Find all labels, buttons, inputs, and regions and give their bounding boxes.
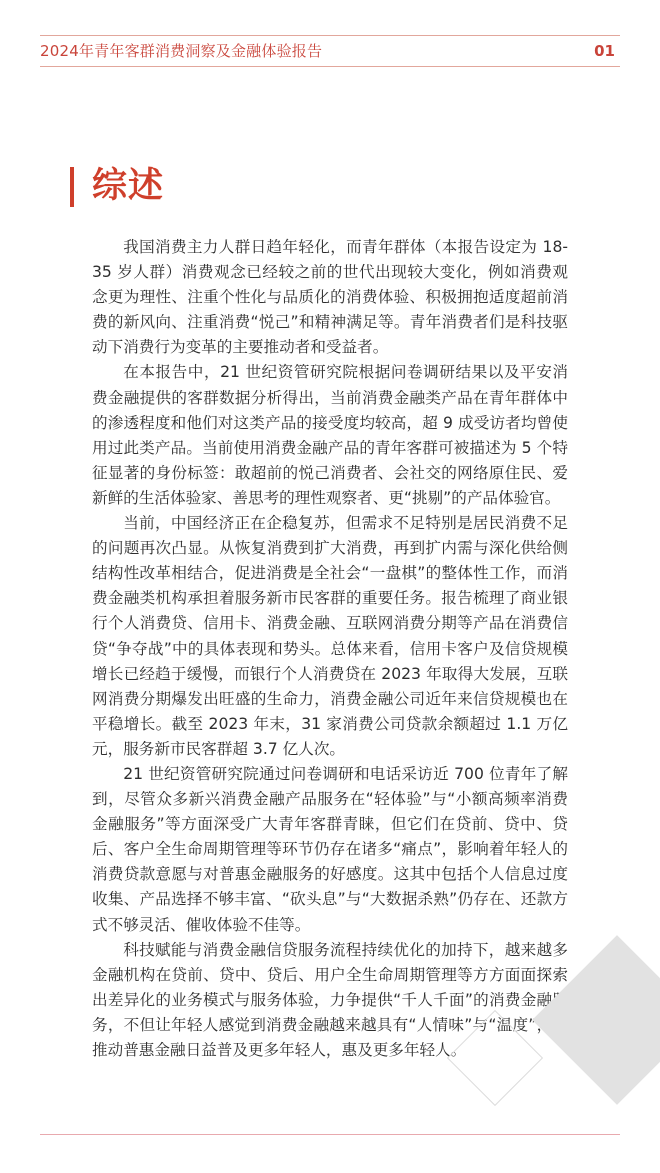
report-title: 2024年青年客群消费洞察及金融体验报告	[40, 41, 322, 61]
page-number: 01	[594, 41, 615, 61]
header-top-rule	[40, 35, 620, 36]
footer-rule	[40, 1134, 620, 1135]
paragraph-1: 我国消费主力人群日趋年轻化，而青年群体（本报告设定为 18-35 岁人群）消费观…	[92, 235, 568, 360]
body-text: 我国消费主力人群日趋年轻化，而青年群体（本报告设定为 18-35 岁人群）消费观…	[92, 235, 568, 1063]
section-title: 综述	[92, 163, 164, 209]
paragraph-3: 当前，中国经济正在企稳复苏，但需求不足特别是居民消费不足的问题再次凸显。从恢复消…	[92, 511, 568, 762]
paragraph-4: 21 世纪资管研究院通过问卷调研和电话采访近 700 位青年了解到，尽管众多新兴…	[92, 762, 568, 938]
header-bottom-rule	[40, 66, 620, 67]
paragraph-2: 在本报告中，21 世纪资管研究院根据问卷调研结果以及平安消费金融提供的客群数据分…	[92, 360, 568, 511]
section-accent-bar	[70, 167, 74, 207]
